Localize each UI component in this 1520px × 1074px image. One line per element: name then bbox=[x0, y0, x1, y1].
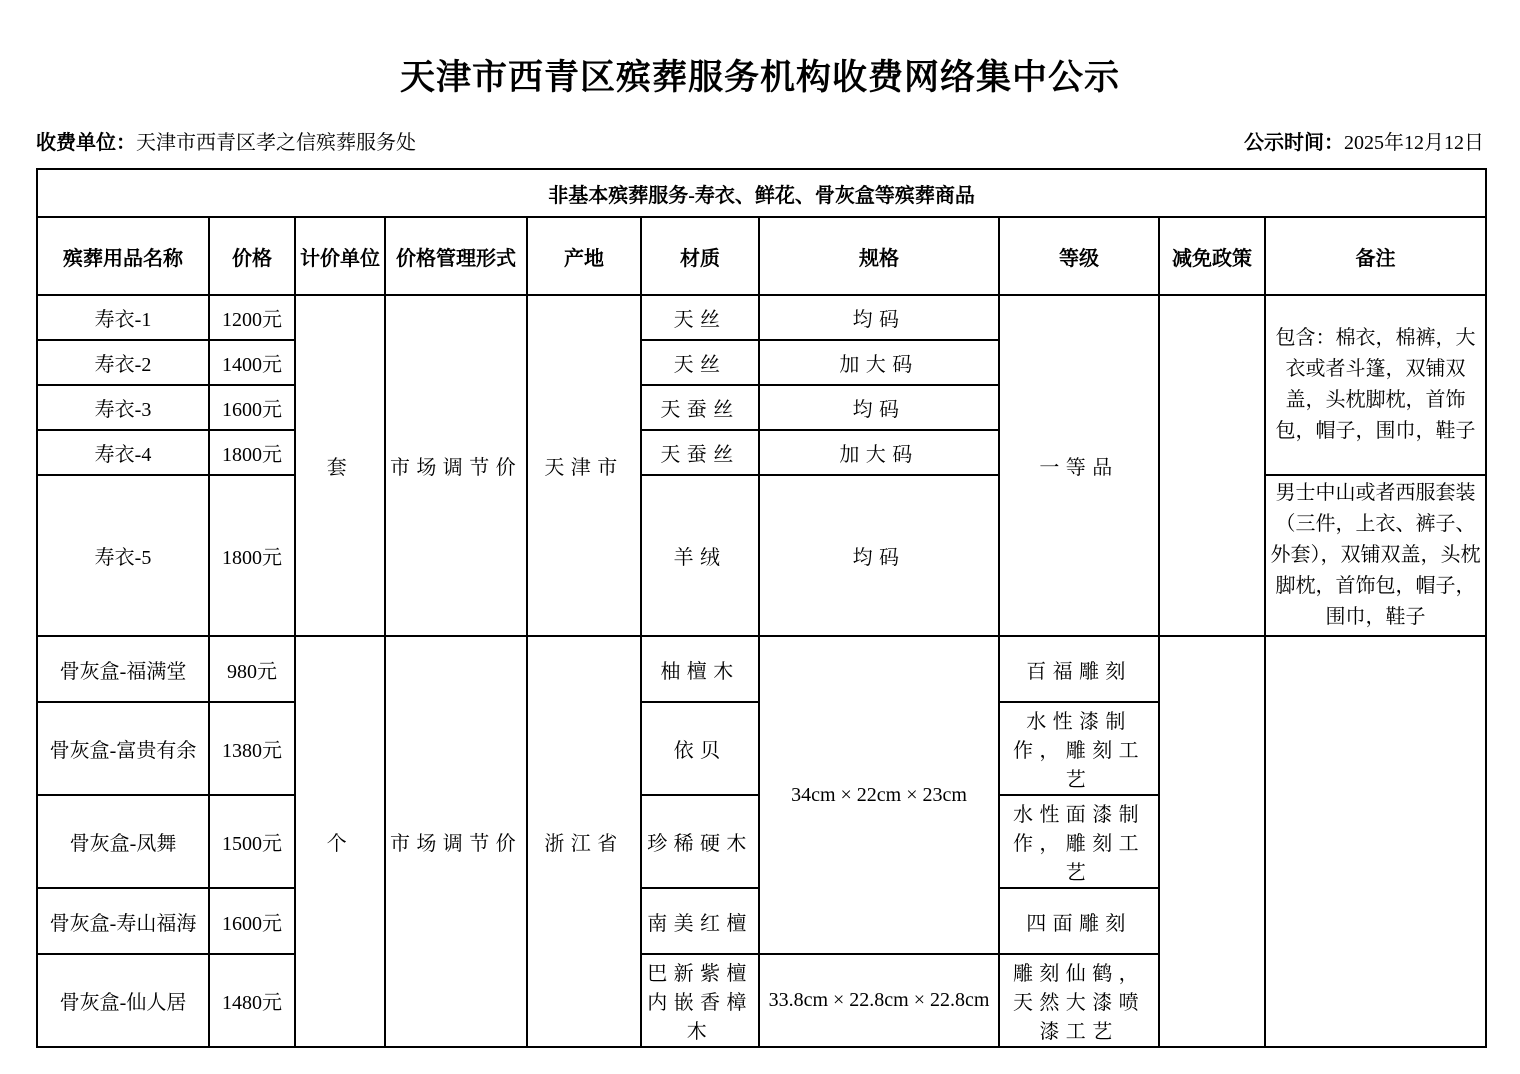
material-cell: 南美红檀 bbox=[641, 888, 759, 954]
publicity-date-label: 公示时间： bbox=[1244, 132, 1344, 154]
unit-cell: 个 bbox=[295, 636, 385, 1047]
header-row: 殡葬用品名称 价格 计价单位 价格管理形式 产地 材质 规格 等级 减免政策 备… bbox=[37, 217, 1486, 295]
material-cell: 柚檀木 bbox=[641, 636, 759, 702]
material-cell: 天丝 bbox=[641, 340, 759, 385]
price-cell: 1200元 bbox=[209, 295, 295, 340]
price-cell: 1480元 bbox=[209, 954, 295, 1047]
origin-cell: 浙江省 bbox=[527, 636, 641, 1047]
material-cell: 依贝 bbox=[641, 702, 759, 795]
spec-cell: 34cm × 22cm × 23cm bbox=[759, 636, 999, 954]
grade-cell: 一等品 bbox=[999, 295, 1159, 636]
col-header-price: 价格 bbox=[209, 217, 295, 295]
band-row: 非基本殡葬服务-寿衣、鲜花、骨灰盒等殡葬商品 bbox=[37, 169, 1486, 217]
material-cell: 天蚕丝 bbox=[641, 430, 759, 475]
col-header-policy: 减免政策 bbox=[1159, 217, 1265, 295]
material-cell: 巴新紫檀内嵌香樟木 bbox=[641, 954, 759, 1047]
policy-cell bbox=[1159, 636, 1265, 1047]
col-header-unit: 计价单位 bbox=[295, 217, 385, 295]
product-name-cell: 寿衣-4 bbox=[37, 430, 209, 475]
price-cell: 1500元 bbox=[209, 795, 295, 888]
product-name-cell: 骨灰盒-凤舞 bbox=[37, 795, 209, 888]
product-name-cell: 骨灰盒-富贵有余 bbox=[37, 702, 209, 795]
col-header-origin: 产地 bbox=[527, 217, 641, 295]
charging-unit: 收费单位：天津市西青区孝之信殡葬服务处 bbox=[36, 126, 416, 155]
price-cell: 1800元 bbox=[209, 430, 295, 475]
product-name-cell: 骨灰盒-仙人居 bbox=[37, 954, 209, 1047]
table-band-title: 非基本殡葬服务-寿衣、鲜花、骨灰盒等殡葬商品 bbox=[37, 169, 1486, 217]
material-cell: 天丝 bbox=[641, 295, 759, 340]
spec-cell: 均码 bbox=[759, 385, 999, 430]
price-cell: 980元 bbox=[209, 636, 295, 702]
table-row: 骨灰盒-福满堂 980元 个 市场调节价 浙江省 柚檀木 34cm × 22cm… bbox=[37, 636, 1486, 702]
spec-cell: 加大码 bbox=[759, 430, 999, 475]
table-row: 寿衣-5 1800元 羊绒 均码 男士中山或者西服套装（三件，上衣、裤子、外套）… bbox=[37, 475, 1486, 636]
charging-unit-label: 收费单位： bbox=[36, 132, 136, 154]
remark-cell: 男士中山或者西服套装（三件，上衣、裤子、外套），双铺双盖，头枕脚枕，首饰包，帽子… bbox=[1265, 475, 1486, 636]
col-header-name: 殡葬用品名称 bbox=[37, 217, 209, 295]
origin-cell: 天津市 bbox=[527, 295, 641, 636]
product-name-cell: 寿衣-3 bbox=[37, 385, 209, 430]
col-header-spec: 规格 bbox=[759, 217, 999, 295]
publicity-date: 公示时间：2025年12月12日 bbox=[1244, 126, 1484, 155]
info-row: 收费单位：天津市西青区孝之信殡葬服务处 公示时间：2025年12月12日 bbox=[36, 126, 1484, 155]
price-cell: 1380元 bbox=[209, 702, 295, 795]
grade-cell: 水性面漆制作，雕刻工艺 bbox=[999, 795, 1159, 888]
remark-cell bbox=[1265, 636, 1486, 1047]
spec-cell: 加大码 bbox=[759, 340, 999, 385]
charging-unit-value: 天津市西青区孝之信殡葬服务处 bbox=[136, 132, 416, 154]
col-header-management: 价格管理形式 bbox=[385, 217, 527, 295]
remark-cell: 包含：棉衣，棉裤，大衣或者斗篷，双铺双盖，头枕脚枕，首饰包，帽子，围巾，鞋子 bbox=[1265, 295, 1486, 475]
price-cell: 1600元 bbox=[209, 888, 295, 954]
material-cell: 天蚕丝 bbox=[641, 385, 759, 430]
col-header-material: 材质 bbox=[641, 217, 759, 295]
publicity-date-value: 2025年12月12日 bbox=[1344, 132, 1484, 154]
policy-cell bbox=[1159, 295, 1265, 636]
fee-table: 非基本殡葬服务-寿衣、鲜花、骨灰盒等殡葬商品 殡葬用品名称 价格 计价单位 价格… bbox=[36, 168, 1487, 1048]
product-name-cell: 寿衣-1 bbox=[37, 295, 209, 340]
page-title: 天津市西青区殡葬服务机构收费网络集中公示 bbox=[0, 50, 1520, 100]
grade-cell: 四面雕刻 bbox=[999, 888, 1159, 954]
spec-cell: 33.8cm × 22.8cm × 22.8cm bbox=[759, 954, 999, 1047]
spec-cell: 均码 bbox=[759, 475, 999, 636]
col-header-remark: 备注 bbox=[1265, 217, 1486, 295]
product-name-cell: 骨灰盒-福满堂 bbox=[37, 636, 209, 702]
product-name-cell: 寿衣-5 bbox=[37, 475, 209, 636]
material-cell: 珍稀硬木 bbox=[641, 795, 759, 888]
price-cell: 1400元 bbox=[209, 340, 295, 385]
product-name-cell: 骨灰盒-寿山福海 bbox=[37, 888, 209, 954]
unit-cell: 套 bbox=[295, 295, 385, 636]
grade-cell: 百福雕刻 bbox=[999, 636, 1159, 702]
price-management-cell: 市场调节价 bbox=[385, 295, 527, 636]
spec-cell: 均码 bbox=[759, 295, 999, 340]
col-header-grade: 等级 bbox=[999, 217, 1159, 295]
table-row: 寿衣-1 1200元 套 市场调节价 天津市 天丝 均码 一等品 包含：棉衣，棉… bbox=[37, 295, 1486, 340]
price-cell: 1800元 bbox=[209, 475, 295, 636]
material-cell: 羊绒 bbox=[641, 475, 759, 636]
price-cell: 1600元 bbox=[209, 385, 295, 430]
product-name-cell: 寿衣-2 bbox=[37, 340, 209, 385]
grade-cell: 雕刻仙鹤，天然大漆喷漆工艺 bbox=[999, 954, 1159, 1047]
grade-cell: 水性漆制作，雕刻工艺 bbox=[999, 702, 1159, 795]
price-management-cell: 市场调节价 bbox=[385, 636, 527, 1047]
